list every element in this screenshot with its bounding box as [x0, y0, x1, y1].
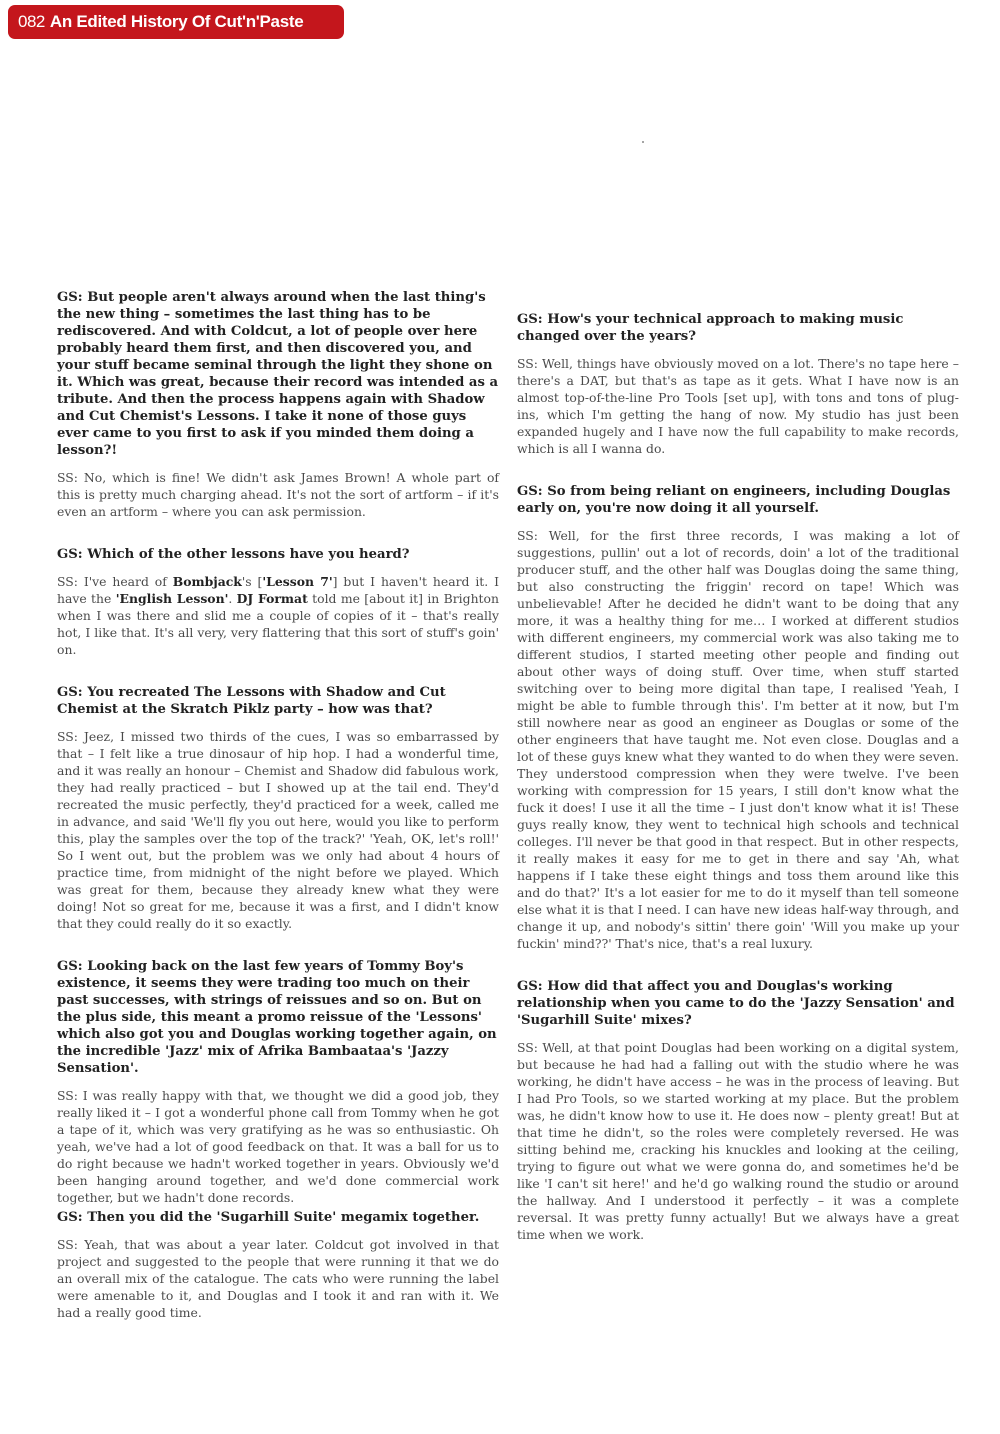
answer: SS: No, which is fine! We didn't ask Jam… [57, 469, 499, 520]
answer: SS: Yeah, that was about a year later. C… [57, 1236, 499, 1321]
page-number: 082 [18, 12, 45, 32]
answer: SS: I was really happy with that, we tho… [57, 1087, 499, 1206]
stray-mark [642, 141, 644, 143]
answer: SS: Well, things have obviously moved on… [517, 355, 959, 457]
answer: SS: Well, at that point Douglas had been… [517, 1039, 959, 1243]
answer: SS: Well, for the first three records, I… [517, 527, 959, 952]
question: GS: How's your technical approach to mak… [517, 311, 959, 345]
track-title: 'Lesson 7' [262, 574, 332, 589]
right-column: GS: How's your technical approach to mak… [517, 311, 959, 1243]
question: GS: How did that affect you and Douglas'… [517, 978, 959, 1029]
question: GS: Then you did the 'Sugarhill Suite' m… [57, 1209, 499, 1226]
artist-name: Bombjack [173, 574, 242, 589]
left-column: GS: But people aren't always around when… [57, 289, 499, 1321]
question: GS: You recreated The Lessons with Shado… [57, 684, 499, 718]
page-header-bar: 082 An Edited History Of Cut'n'Paste [8, 5, 344, 39]
answer: SS: Jeez, I missed two thirds of the cue… [57, 728, 499, 932]
answer: SS: I've heard of Bombjack's ['Lesson 7'… [57, 573, 499, 658]
page-title: An Edited History Of Cut'n'Paste [50, 12, 304, 32]
artist-name: DJ Format [237, 591, 308, 606]
track-title: 'English Lesson' [116, 591, 229, 606]
question: GS: Which of the other lessons have you … [57, 546, 499, 563]
question: GS: So from being reliant on engineers, … [517, 483, 959, 517]
question: GS: Looking back on the last few years o… [57, 958, 499, 1077]
question: GS: But people aren't always around when… [57, 289, 499, 459]
